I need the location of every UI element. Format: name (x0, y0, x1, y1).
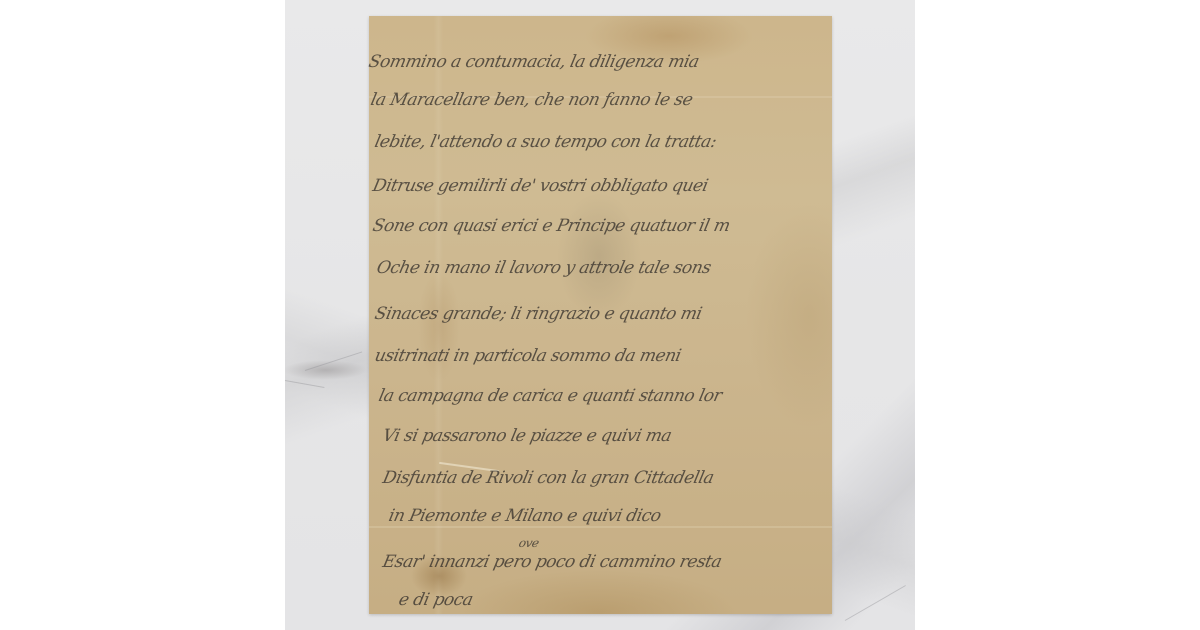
handwritten-line: Vi si passarono le piazze e quivi ma (381, 426, 673, 446)
handwritten-line: Sommino a contumacia, la diligenza mia (367, 52, 701, 72)
marble-vein (285, 380, 325, 388)
handwritten-line: Sone con quasi erici e Principe quatuor … (371, 216, 732, 236)
handwritten-line: Oche in mano il lavoro y attrole tale so… (375, 258, 713, 278)
handwritten-line: usitrinati in particola sommo da meni (373, 346, 683, 366)
handwritten-superscript: ove (518, 536, 541, 550)
handwritten-line: la Maracellare ben, che non fanno le se (369, 90, 695, 110)
handwritten-line: la campagna de carica e quanti stanno lo… (377, 386, 724, 406)
handwritten-line: Esar' innanzi pero poco di cammino resta (381, 552, 723, 572)
marble-vein (845, 585, 906, 621)
handwritten-line: lebite, l'attendo a suo tempo con la tra… (373, 132, 718, 152)
handwritten-line: Ditruse gemilirli de' vostri obbligato q… (371, 176, 710, 196)
handwritten-line: in Piemonte e Milano e quivi dico (387, 506, 663, 526)
paper-crease (369, 526, 832, 528)
marble-vein (305, 351, 362, 370)
aged-letter-paper: Sommino a contumacia, la diligenza mia l… (369, 16, 832, 614)
handwritten-line: Sinaces grande; li ringrazio e quanto mi (373, 304, 704, 324)
handwritten-line: Disfuntia de Rivoli con la gran Cittadel… (381, 468, 716, 488)
handwritten-line: e di poca (397, 590, 475, 610)
